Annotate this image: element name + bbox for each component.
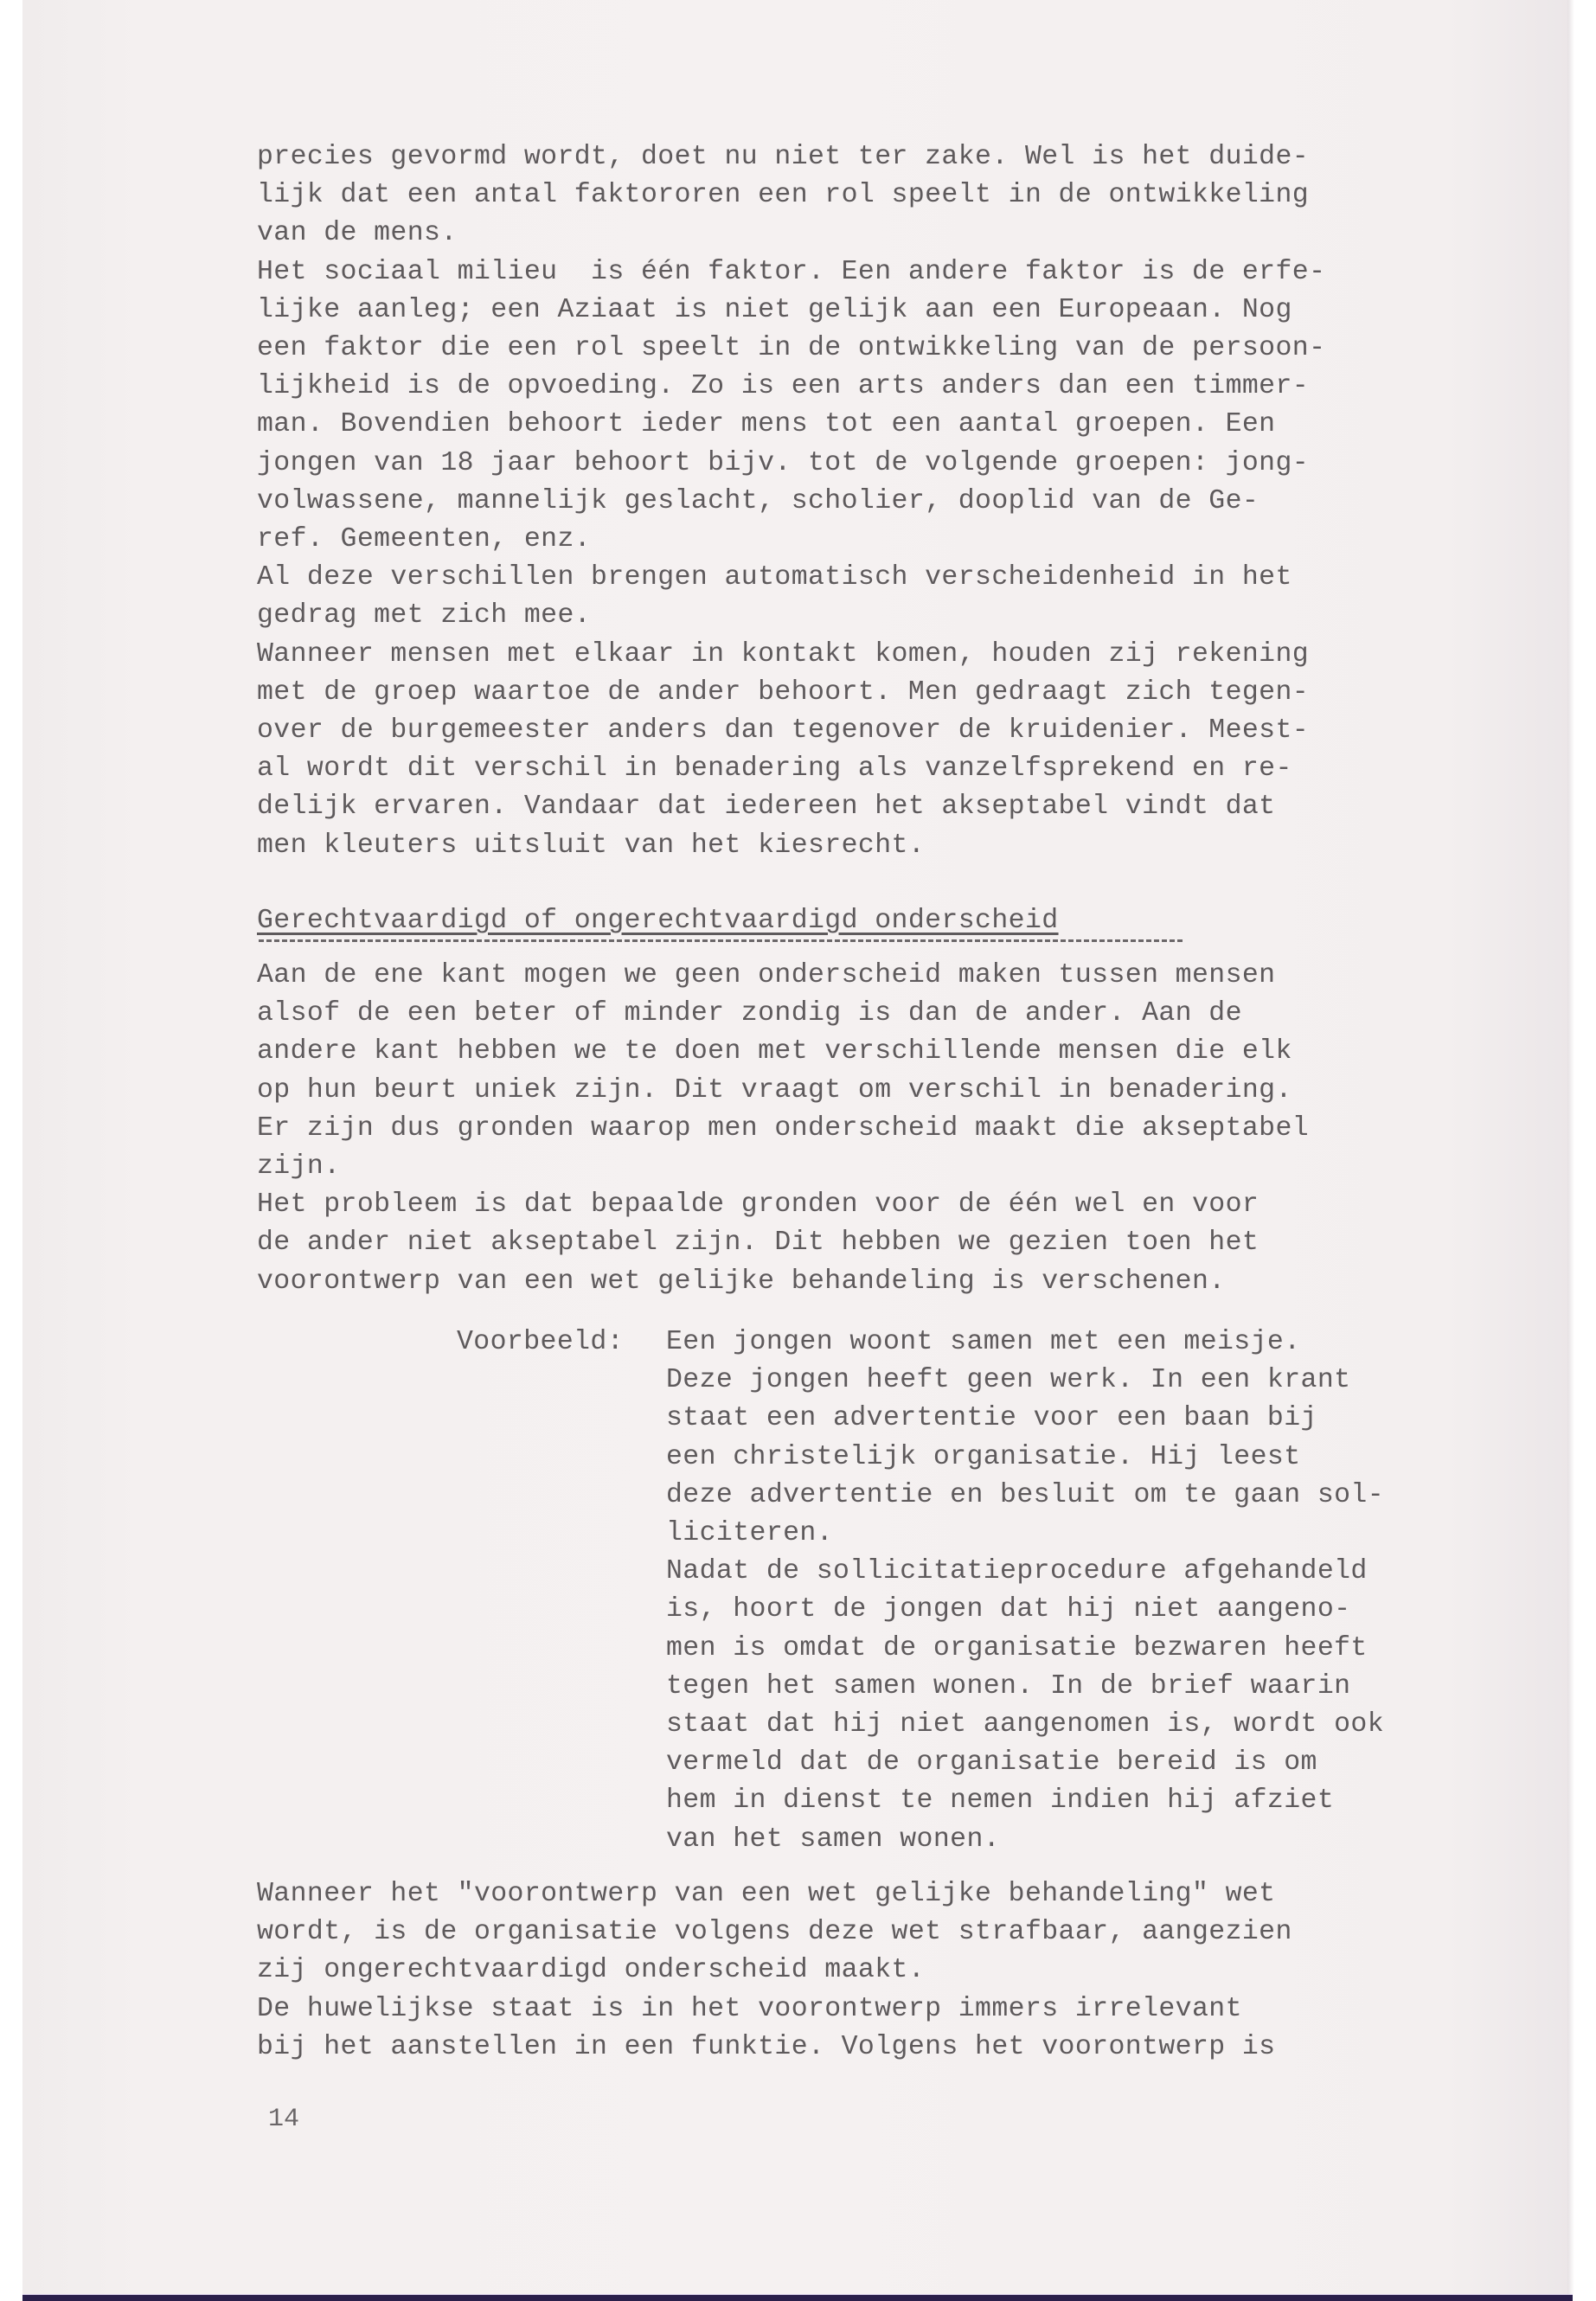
example-body: Een jongen woont samen met een meisje.De… — [666, 1324, 1384, 1859]
text-line: gedrag met zich mee. — [257, 597, 1325, 635]
heading-underline-dashes — [259, 939, 1183, 942]
text-line: Al deze verschillen brengen automatisch … — [257, 559, 1325, 597]
text-line: over de burgemeester anders dan tegenove… — [257, 712, 1325, 750]
example-line: vermeld dat de organisatie bereid is om — [666, 1744, 1384, 1782]
page-edge — [1567, 0, 1574, 2294]
text-line: volwassene, mannelijk geslacht, scholier… — [257, 483, 1325, 521]
text-line: men kleuters uitsluit van het kiesrecht. — [257, 827, 1325, 865]
text-line: Het probleem is dat bepaalde gronden voo… — [257, 1186, 1309, 1224]
example-line: Nadat de sollicitatieprocedure afgehande… — [666, 1553, 1384, 1591]
example-line: staat een advertentie voor een baan bij — [666, 1400, 1384, 1438]
text-line: lijk dat een antal faktororen een rol sp… — [257, 176, 1325, 215]
text-line: zij ongerechtvaardigd onderscheid maakt. — [257, 1952, 1292, 1990]
example-line: van het samen wonen. — [666, 1821, 1384, 1859]
example-line: is, hoort de jongen dat hij niet aangeno… — [666, 1591, 1384, 1629]
paragraph-1: precies gevormd wordt, doet nu niet ter … — [257, 138, 1325, 865]
text-line: lijke aanleg; een Aziaat is niet gelijk … — [257, 292, 1325, 330]
paragraph-3: Wanneer het "voorontwerp van een wet gel… — [257, 1875, 1292, 2067]
section-heading: Gerechtvaardigd of ongerechtvaardigd ond… — [257, 902, 1059, 940]
example-line: een christelijk organisatie. Hij leest — [666, 1439, 1384, 1477]
scan-border-strip — [22, 2294, 1573, 2301]
text-line: al wordt dit verschil in benadering als … — [257, 750, 1325, 788]
text-line: De huwelijkse staat is in het voorontwer… — [257, 1990, 1292, 2029]
example-line: Een jongen woont samen met een meisje. — [666, 1324, 1384, 1362]
paragraph-2: Aan de ene kant mogen we geen onderschei… — [257, 957, 1309, 1301]
text-line: delijk ervaren. Vandaar dat iedereen het… — [257, 788, 1325, 826]
example-line: hem in dienst te nemen indien hij afziet — [666, 1782, 1384, 1820]
text-line: precies gevormd wordt, doet nu niet ter … — [257, 138, 1325, 176]
text-line: Wanneer het "voorontwerp van een wet gel… — [257, 1875, 1292, 1913]
text-line: Er zijn dus gronden waarop men ondersche… — [257, 1110, 1309, 1148]
text-line: Wanneer mensen met elkaar in kontakt kom… — [257, 636, 1325, 674]
text-line: jongen van 18 jaar behoort bijv. tot de … — [257, 445, 1325, 483]
text-line: Het sociaal milieu is één faktor. Een an… — [257, 253, 1325, 292]
page-number: 14 — [268, 2102, 299, 2137]
text-line: wordt, is de organisatie volgens deze we… — [257, 1913, 1292, 1952]
text-line: lijkheid is de opvoeding. Zo is een arts… — [257, 368, 1325, 406]
text-line: bij het aanstellen in een funktie. Volge… — [257, 2029, 1292, 2067]
example-line: Deze jongen heeft geen werk. In een kran… — [666, 1362, 1384, 1400]
example-line: liciteren. — [666, 1515, 1384, 1553]
text-line: alsof de een beter of minder zondig is d… — [257, 995, 1309, 1033]
text-line: de ander niet akseptabel zijn. Dit hebbe… — [257, 1224, 1309, 1262]
example-label: Voorbeeld: — [457, 1324, 624, 1362]
example-line: deze advertentie en besluit om te gaan s… — [666, 1477, 1384, 1515]
text-line: zijn. — [257, 1148, 1309, 1186]
text-line: Aan de ene kant mogen we geen onderschei… — [257, 957, 1309, 995]
text-line: ref. Gemeenten, enz. — [257, 521, 1325, 559]
text-line: andere kant hebben we te doen met versch… — [257, 1033, 1309, 1071]
text-line: met de groep waartoe de ander behoort. M… — [257, 674, 1325, 712]
example-line: tegen het samen wonen. In de brief waari… — [666, 1668, 1384, 1706]
text-line: een faktor die een rol speelt in de ontw… — [257, 330, 1325, 368]
text-line: van de mens. — [257, 215, 1325, 253]
text-line: man. Bovendien behoort ieder mens tot ee… — [257, 406, 1325, 444]
text-line: voorontwerp van een wet gelijke behandel… — [257, 1263, 1309, 1301]
text-line: op hun beurt uniek zijn. Dit vraagt om v… — [257, 1072, 1309, 1110]
example-line: men is omdat de organisatie bezwaren hee… — [666, 1630, 1384, 1668]
example-line: staat dat hij niet aangenomen is, wordt … — [666, 1706, 1384, 1744]
